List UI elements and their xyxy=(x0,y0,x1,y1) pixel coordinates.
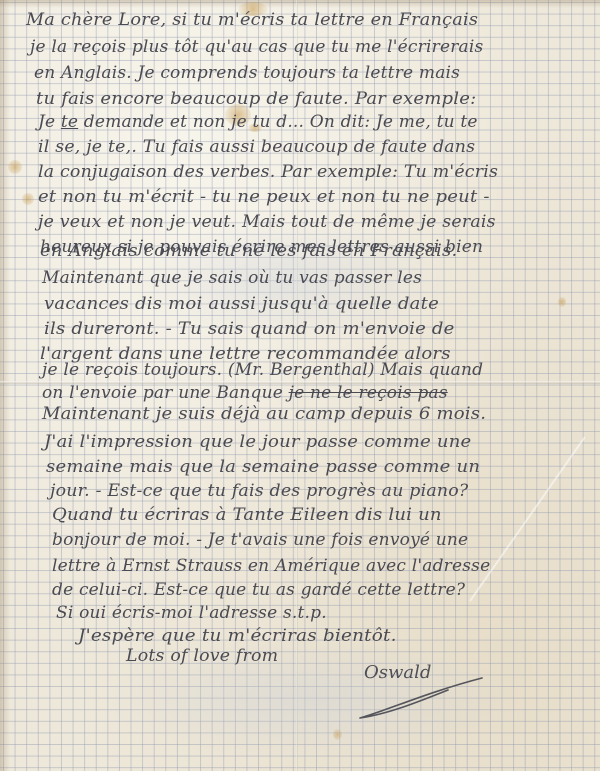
letter-line: Je te demande et non je tu d... On dit: … xyxy=(38,112,478,132)
letter-line: J'ai l'impression que le jour passe comm… xyxy=(44,432,471,452)
letter-line: lettre à Ernst Strauss en Amérique avec … xyxy=(52,556,490,576)
letter-page: Ma chère Lore, si tu m'écris ta lettre e… xyxy=(0,0,600,771)
diagonal-crease xyxy=(469,437,585,602)
letter-line: et non tu m'écrit - tu ne peux et non tu… xyxy=(38,187,490,207)
letter-line: Lots of love from xyxy=(126,646,278,666)
letter-line: J'espère que tu m'écriras bientôt. xyxy=(78,626,397,646)
letter-line: de celui-ci. Est-ce que tu as gardé cett… xyxy=(52,580,465,600)
letter-line: jour. - Est-ce que tu fais des progrès a… xyxy=(50,481,468,501)
letter-line: en Anglais. Je comprends toujours ta let… xyxy=(34,63,460,83)
letter-line: je veux et non je veut. Mais tout de mêm… xyxy=(38,212,496,232)
letter-line: Si oui écris-moi l'adresse s.t.p. xyxy=(56,603,327,623)
stain-left-1 xyxy=(8,160,22,174)
letter-line: je le reçois toujours. (Mr. Bergenthal) … xyxy=(42,360,483,380)
underlined-word: te xyxy=(61,112,78,132)
letter-line: la conjugaison des verbes. Par exemple: … xyxy=(38,162,498,182)
struck-out-text: je ne le reçois pas xyxy=(289,383,448,403)
letter-line: Maintenant que je sais où tu vas passer … xyxy=(42,268,422,288)
letter-line: vacances dis moi aussi jusqu'à quelle da… xyxy=(44,294,439,314)
letter-line: je la reçois plus tôt qu'au cas que tu m… xyxy=(30,37,483,57)
stain-left-2 xyxy=(22,193,34,205)
letter-line: on l'envoie par une Banque je ne le reço… xyxy=(42,383,448,403)
letter-line: Ma chère Lore, si tu m'écris ta lettre e… xyxy=(26,10,478,30)
letter-line: en Anglais comme tu ne les fais en Franç… xyxy=(40,241,457,261)
letter-line: semaine mais que la semaine passe comme … xyxy=(46,457,480,477)
paper-edge-shadow xyxy=(0,0,10,771)
signature-flourish-icon xyxy=(358,672,488,720)
letter-line: il se, je te,. Tu fais aussi beaucoup de… xyxy=(38,137,475,157)
letter-line: tu fais encore beaucoup de faute. Par ex… xyxy=(36,89,476,109)
letter-line: ils dureront. - Tu sais quand on m'envoi… xyxy=(44,319,455,339)
letter-line: Maintenant je suis déjà au camp depuis 6… xyxy=(42,404,486,424)
stain-right xyxy=(558,297,566,307)
paper-edge-shadow-top xyxy=(0,0,600,8)
letter-line: Quand tu écriras à Tante Eileen dis lui … xyxy=(52,505,442,525)
letter-line: bonjour de moi. - Je t'avais une fois en… xyxy=(52,530,468,550)
